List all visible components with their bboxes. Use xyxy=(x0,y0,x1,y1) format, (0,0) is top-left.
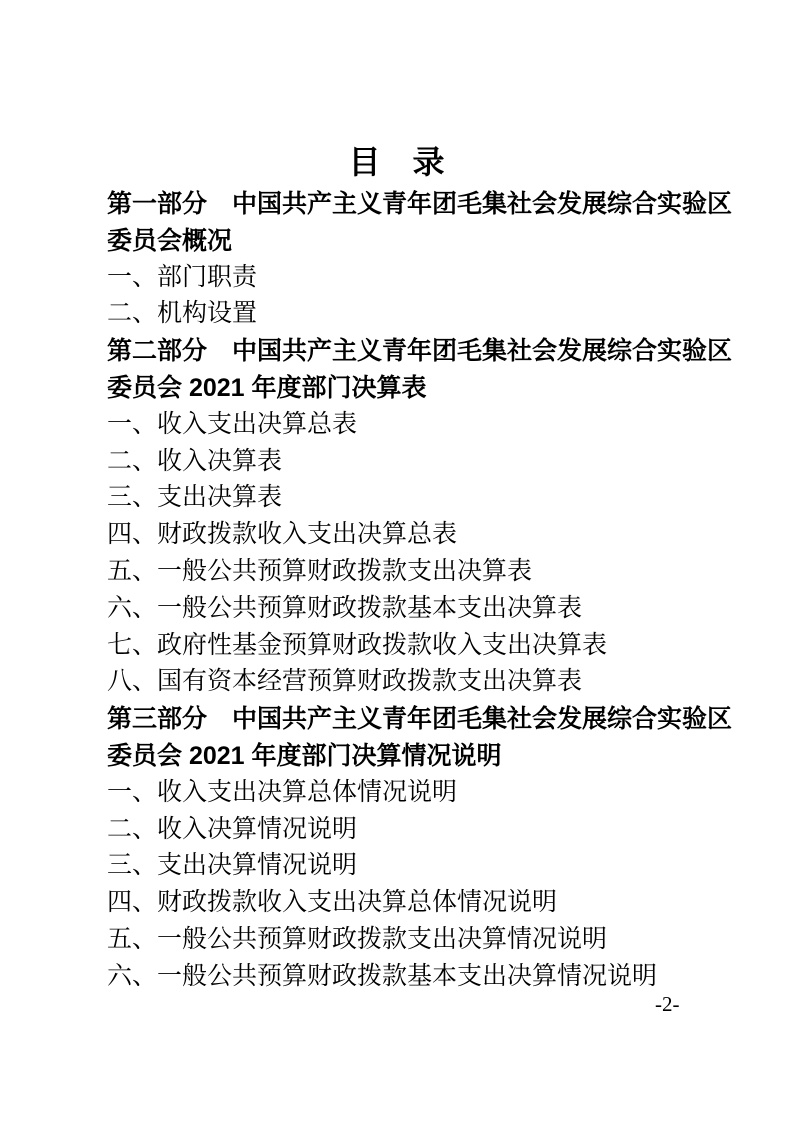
section-3-heading-line-2: 委员会 2021 年度部门决算情况说明 xyxy=(107,738,727,775)
section-2-heading-line-1: 第二部分 中国共产主义青年团毛集社会发展综合实验区 xyxy=(107,333,727,370)
toc-content: 第一部分 中国共产主义青年团毛集社会发展综合实验区 委员会概况 一、部门职责 二… xyxy=(107,186,727,996)
toc-item-1-1: 一、部门职责 xyxy=(107,260,727,297)
section-2-heading-line-2: 委员会 2021 年度部门决算表 xyxy=(107,370,727,407)
toc-item-3-3: 三、支出决算情况说明 xyxy=(107,848,727,885)
toc-title: 目 录 xyxy=(0,139,793,185)
section-3-heading-line-1: 第三部分 中国共产主义青年团毛集社会发展综合实验区 xyxy=(107,701,727,738)
document-page: 目 录 第一部分 中国共产主义青年团毛集社会发展综合实验区 委员会概况 一、部门… xyxy=(0,0,793,1122)
toc-item-2-7: 七、政府性基金预算财政拨款收入支出决算表 xyxy=(107,628,727,665)
toc-item-2-6: 六、一般公共预算财政拨款基本支出决算表 xyxy=(107,591,727,628)
section-1-heading-line-2: 委员会概况 xyxy=(107,223,727,260)
toc-item-2-3: 三、支出决算表 xyxy=(107,480,727,517)
toc-item-3-4: 四、财政拨款收入支出决算总体情况说明 xyxy=(107,885,727,922)
section-1-heading-line-1: 第一部分 中国共产主义青年团毛集社会发展综合实验区 xyxy=(107,186,727,223)
toc-item-2-1: 一、收入支出决算总表 xyxy=(107,407,727,444)
toc-item-1-2: 二、机构设置 xyxy=(107,296,727,333)
toc-item-2-4: 四、财政拨款收入支出决算总表 xyxy=(107,517,727,554)
toc-item-3-6: 六、一般公共预算财政拨款基本支出决算情况说明 xyxy=(107,959,727,996)
page-number: -2- xyxy=(655,992,680,1016)
toc-item-2-5: 五、一般公共预算财政拨款支出决算表 xyxy=(107,554,727,591)
toc-item-3-2: 二、收入决算情况说明 xyxy=(107,812,727,849)
toc-item-2-8: 八、国有资本经营预算财政拨款支出决算表 xyxy=(107,664,727,701)
toc-item-3-1: 一、收入支出决算总体情况说明 xyxy=(107,775,727,812)
toc-item-2-2: 二、收入决算表 xyxy=(107,444,727,481)
toc-item-3-5: 五、一般公共预算财政拨款支出决算情况说明 xyxy=(107,922,727,959)
